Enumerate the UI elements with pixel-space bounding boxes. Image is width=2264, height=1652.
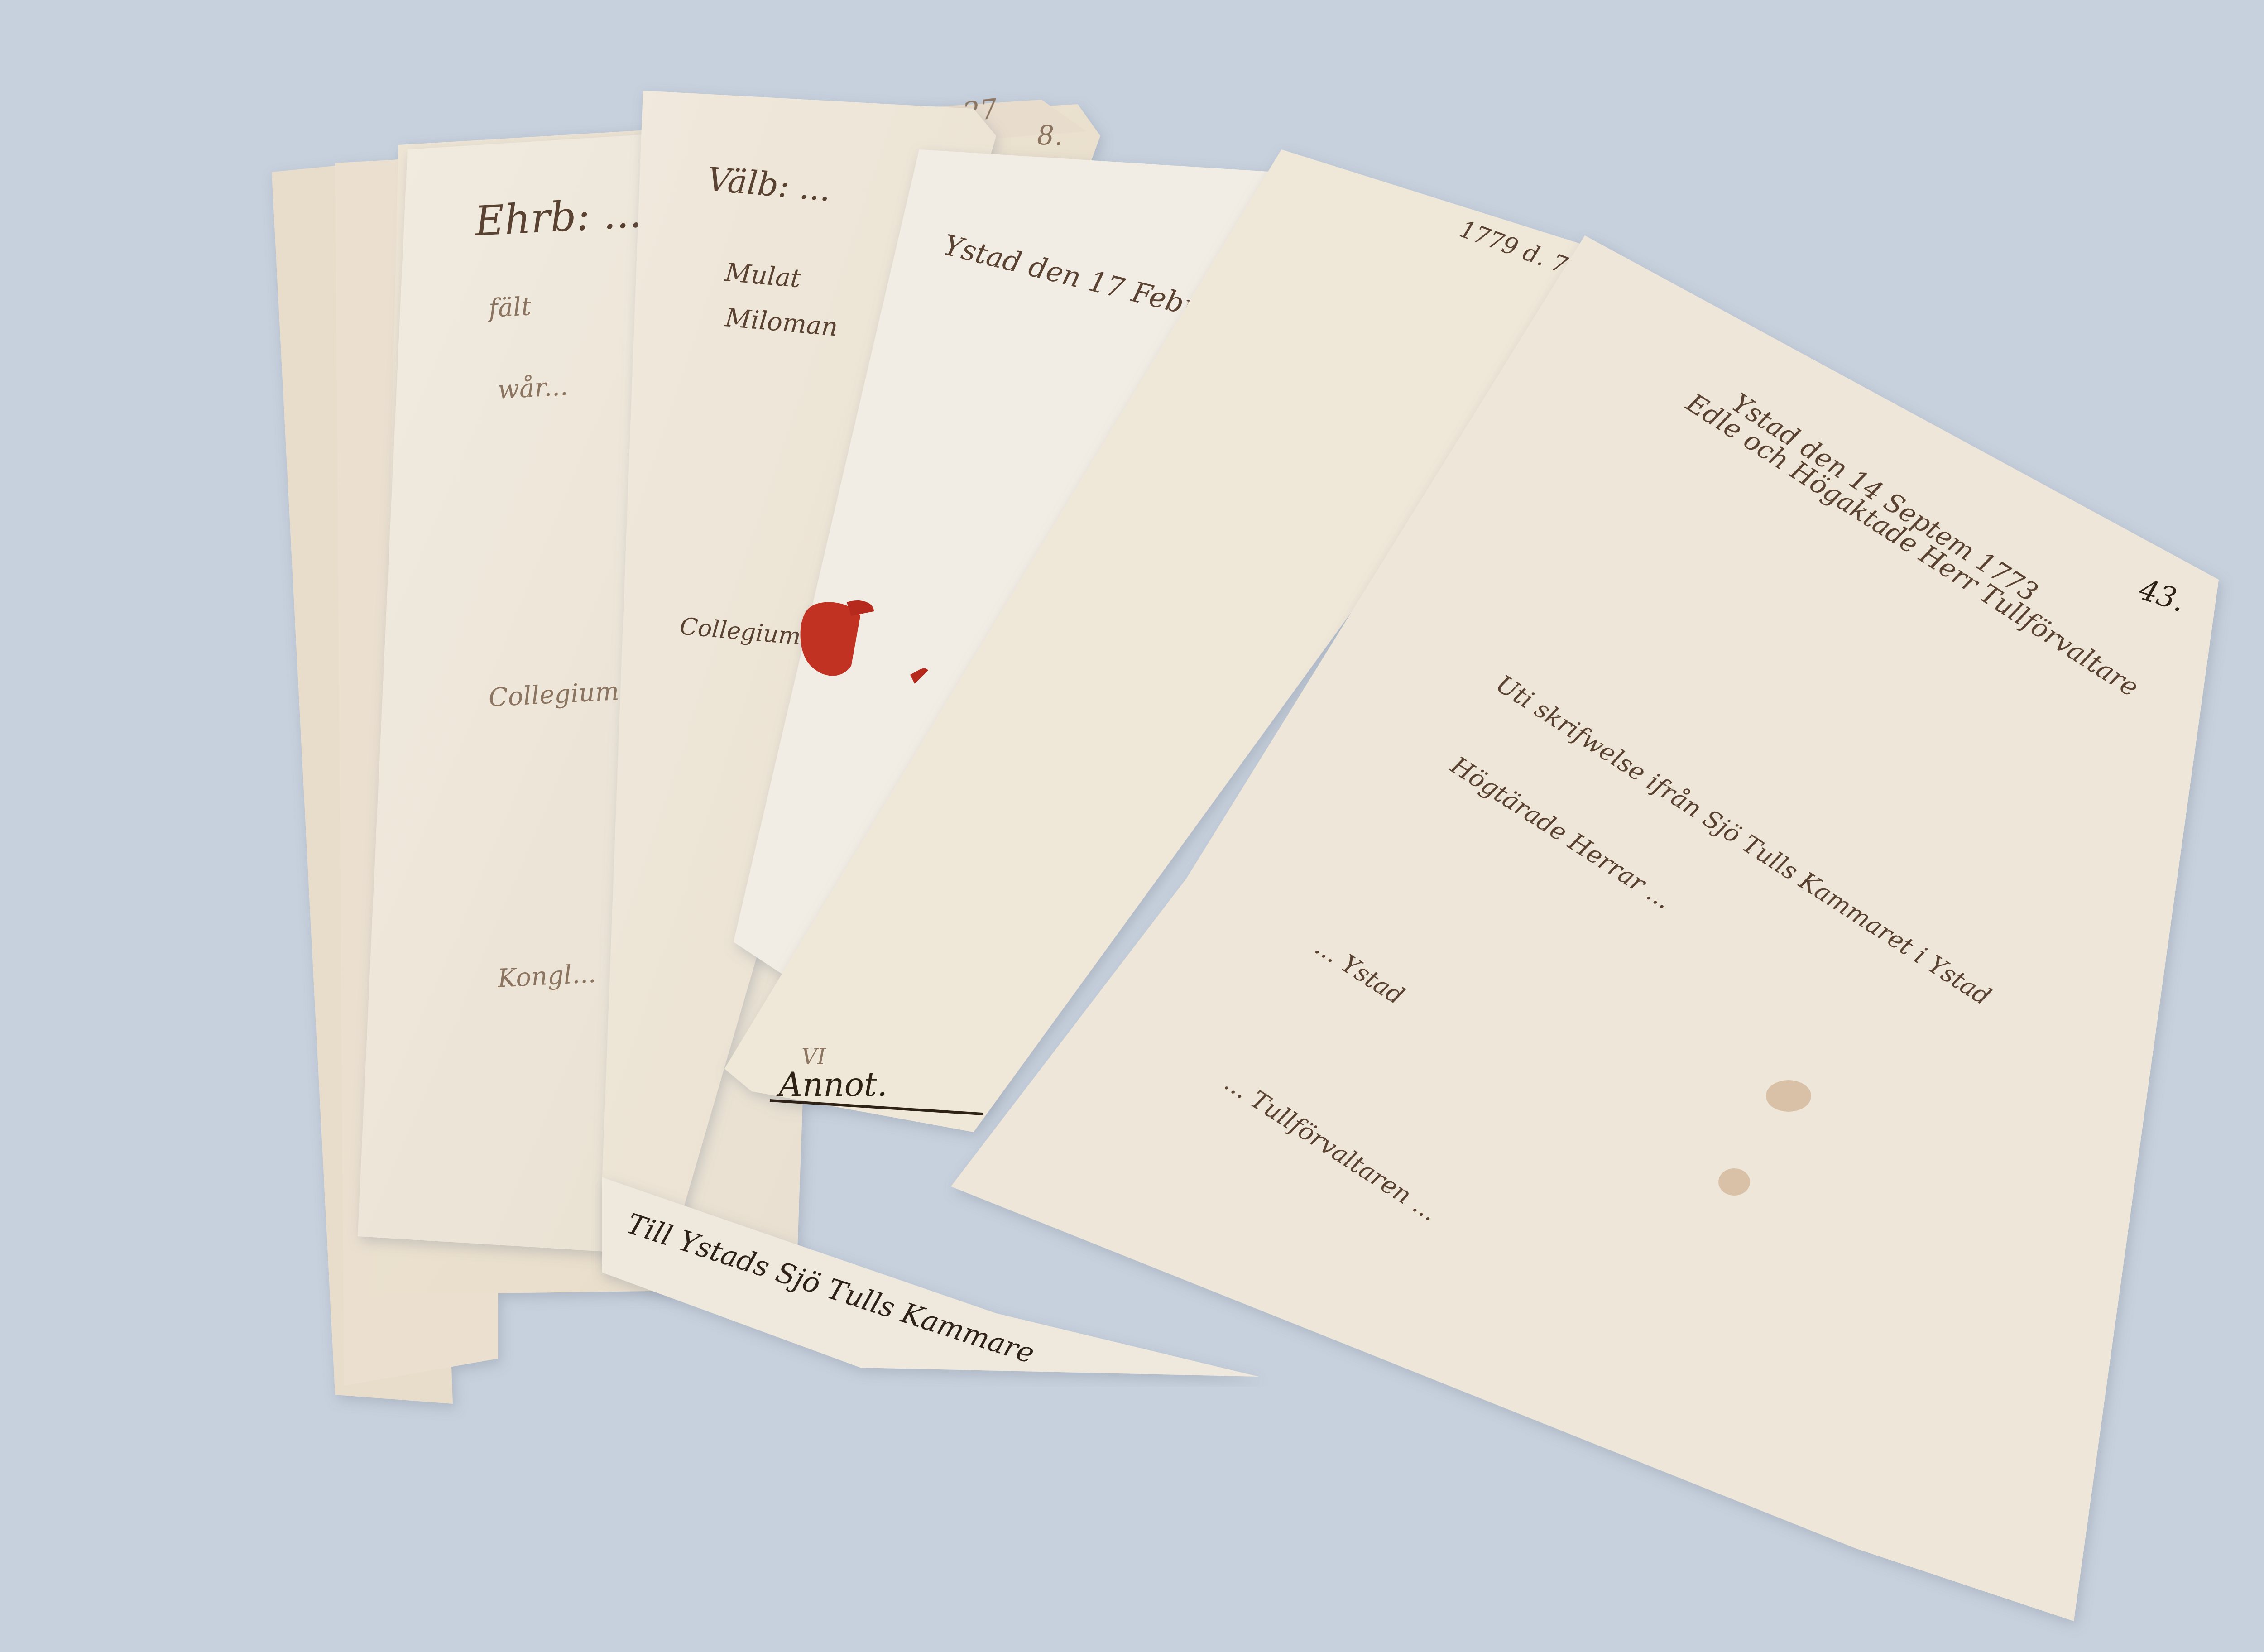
annot-label: Annot.: [776, 1066, 887, 1104]
svg-text:Ehrb: ...: Ehrb: ...: [473, 189, 643, 245]
manuscript-illustration: 27 8. Ehrb: ... fält wår... Collegium Ko…: [0, 0, 2264, 1652]
svg-text:fält: fält: [486, 292, 532, 323]
roman-numeral: VI: [801, 1044, 826, 1070]
svg-text:wår...: wår...: [497, 372, 569, 405]
svg-text:8.: 8.: [1037, 120, 1063, 152]
manuscript-photo: 27 8. Ehrb: ... fält wår... Collegium Ko…: [0, 0, 2264, 1652]
svg-text:Kongl...: Kongl...: [496, 959, 596, 994]
